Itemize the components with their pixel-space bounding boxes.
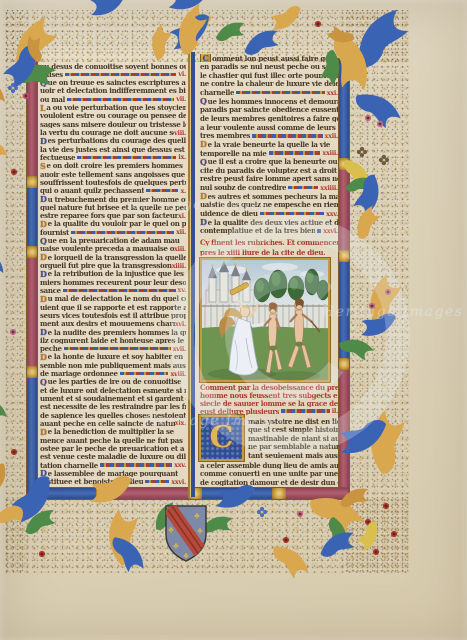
coat-of-arms-shield [164,504,208,564]
acanthus-ornament-layer [0,0,467,640]
manuscript-page: ou desus de conuoitise soyent bonnes ou … [0,0,467,640]
